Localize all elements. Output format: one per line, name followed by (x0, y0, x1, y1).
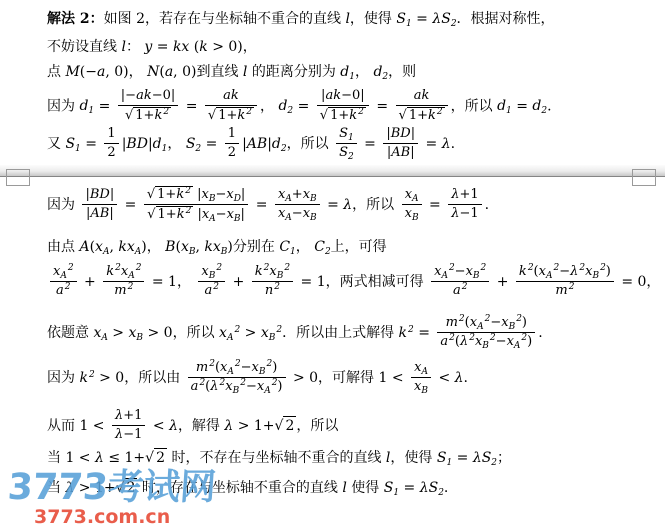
document-page: 解法 2：如图 2，若存在与坐标轴不重合的直线 l，使得 S1 = λS2．根据… (0, 0, 665, 527)
paragraph-8: xA2a2 + k2xA2m2 = 1， xB2a2 + k2xB2n2 = 1… (47, 264, 660, 300)
page-break-divider (0, 165, 665, 191)
paragraph-13: 当 λ > 1+√2 时，存在与坐标轴不重合的直线 l 使得 S1 = λS2. (47, 478, 448, 499)
paragraph-6: 因为 |BD||AB| = √1+k2 |xB−xD|√1+k2 |xA−xB|… (47, 186, 489, 224)
paragraph-2: 不妨设直线 l： y = kx (k > 0)， (47, 38, 257, 58)
paragraph-10: 因为 k2 > 0，所以由 m2(xA2−xB2)a2(λ2xB2−xA2) >… (47, 360, 468, 396)
paragraph-3: 点 M(−a, 0)， N(a, 0)到直线 l 的距离分别为 d1， d2，则 (47, 63, 416, 83)
paragraph-12: 当 1 < λ ≤ 1+√2 时，不存在与坐标轴不重合的直线 l，使得 S1 =… (47, 448, 511, 469)
margin-marker-left-icon (6, 169, 30, 186)
paragraph-7: 由点 A(xA, kxA)， B(xB, kxB)分别在 C1， C2上，可得 (47, 238, 387, 258)
paragraph-9: 依题意 xA > xB > 0，所以 xA2 > xB2．所以由上式解得 k2 … (47, 315, 543, 351)
paragraph-4: 因为 d1 = |−ak−0|√1+k2 = ak√1+k2， d2 = |ak… (47, 88, 552, 125)
paragraph-11: 从而 1 < λ+1λ−1 < λ，解得 λ > 1+√2，所以 (47, 408, 338, 444)
paragraph-5: 又 S1 = 12|BD|d1， S2 = 12|AB|d2，所以 S1S2 =… (47, 126, 455, 162)
paragraph-1: 解法 2：如图 2，若存在与坐标轴不重合的直线 l，使得 S1 = λS2．根据… (47, 10, 555, 30)
margin-marker-right-icon (632, 169, 656, 186)
watermark-url: 3773.com.cn (34, 506, 216, 527)
page-edge-shadow (0, 165, 665, 177)
